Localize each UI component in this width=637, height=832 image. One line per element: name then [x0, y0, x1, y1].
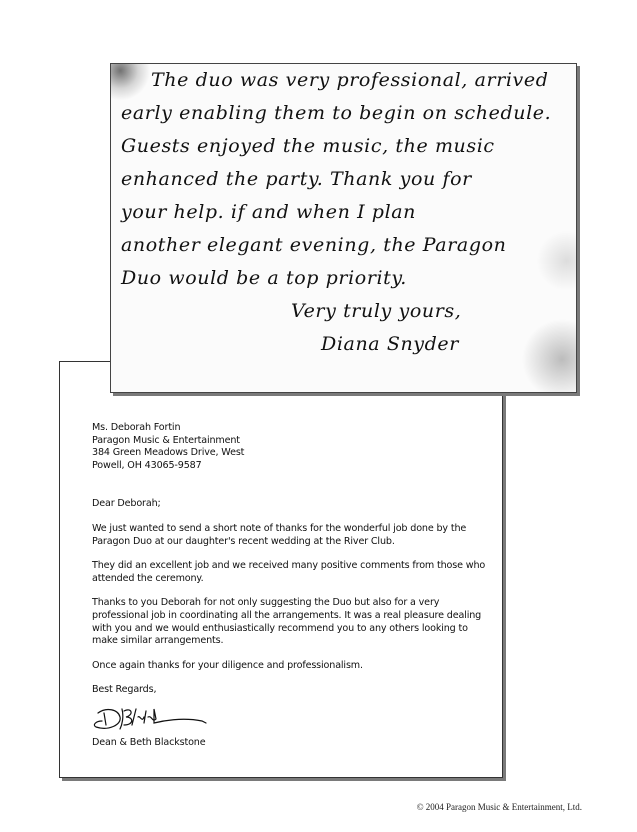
address-line: Paragon Music & Entertainment	[92, 435, 492, 448]
letter-closing: Best Regards,	[92, 684, 492, 697]
handwritten-line: your help. if and when I plan	[121, 196, 571, 229]
signature-icon	[92, 703, 212, 735]
handwritten-line: Duo would be a top priority.	[121, 262, 571, 295]
recipient-address: Ms. Deborah Fortin Paragon Music & Enter…	[92, 422, 492, 472]
address-line: 384 Green Meadows Drive, West	[92, 447, 492, 460]
signer-name: Dean & Beth Blackstone	[92, 737, 492, 750]
handwritten-note-card: The duo was very professional, arrived e…	[110, 63, 577, 393]
letter-paragraph: Once again thanks for your diligence and…	[92, 660, 492, 673]
copyright-notice: © 2004 Paragon Music & Entertainment, Lt…	[417, 802, 582, 812]
handwritten-line: early enabling them to begin on schedule…	[121, 97, 571, 130]
letter-paragraph: We just wanted to send a short note of t…	[92, 523, 492, 548]
typed-letter: Ms. Deborah Fortin Paragon Music & Enter…	[59, 361, 503, 778]
address-line: Ms. Deborah Fortin	[92, 422, 492, 435]
handwritten-line: enhanced the party. Thank you for	[121, 163, 571, 196]
handwritten-line: another elegant evening, the Paragon	[121, 229, 571, 262]
handwritten-signature: Diana Snyder	[121, 328, 571, 361]
letter-paragraph: They did an excellent job and we receive…	[92, 560, 492, 585]
handwritten-closing: Very truly yours,	[121, 295, 571, 328]
salutation: Dear Deborah;	[92, 498, 492, 511]
address-line: Powell, OH 43065-9587	[92, 460, 492, 473]
handwritten-line: Guests enjoyed the music, the music	[121, 130, 571, 163]
handwritten-text: The duo was very professional, arrived e…	[121, 64, 571, 361]
letter-body: Ms. Deborah Fortin Paragon Music & Enter…	[92, 422, 492, 750]
handwritten-line: The duo was very professional, arrived	[121, 64, 571, 97]
letter-paragraph: Thanks to you Deborah for not only sugge…	[92, 597, 492, 647]
